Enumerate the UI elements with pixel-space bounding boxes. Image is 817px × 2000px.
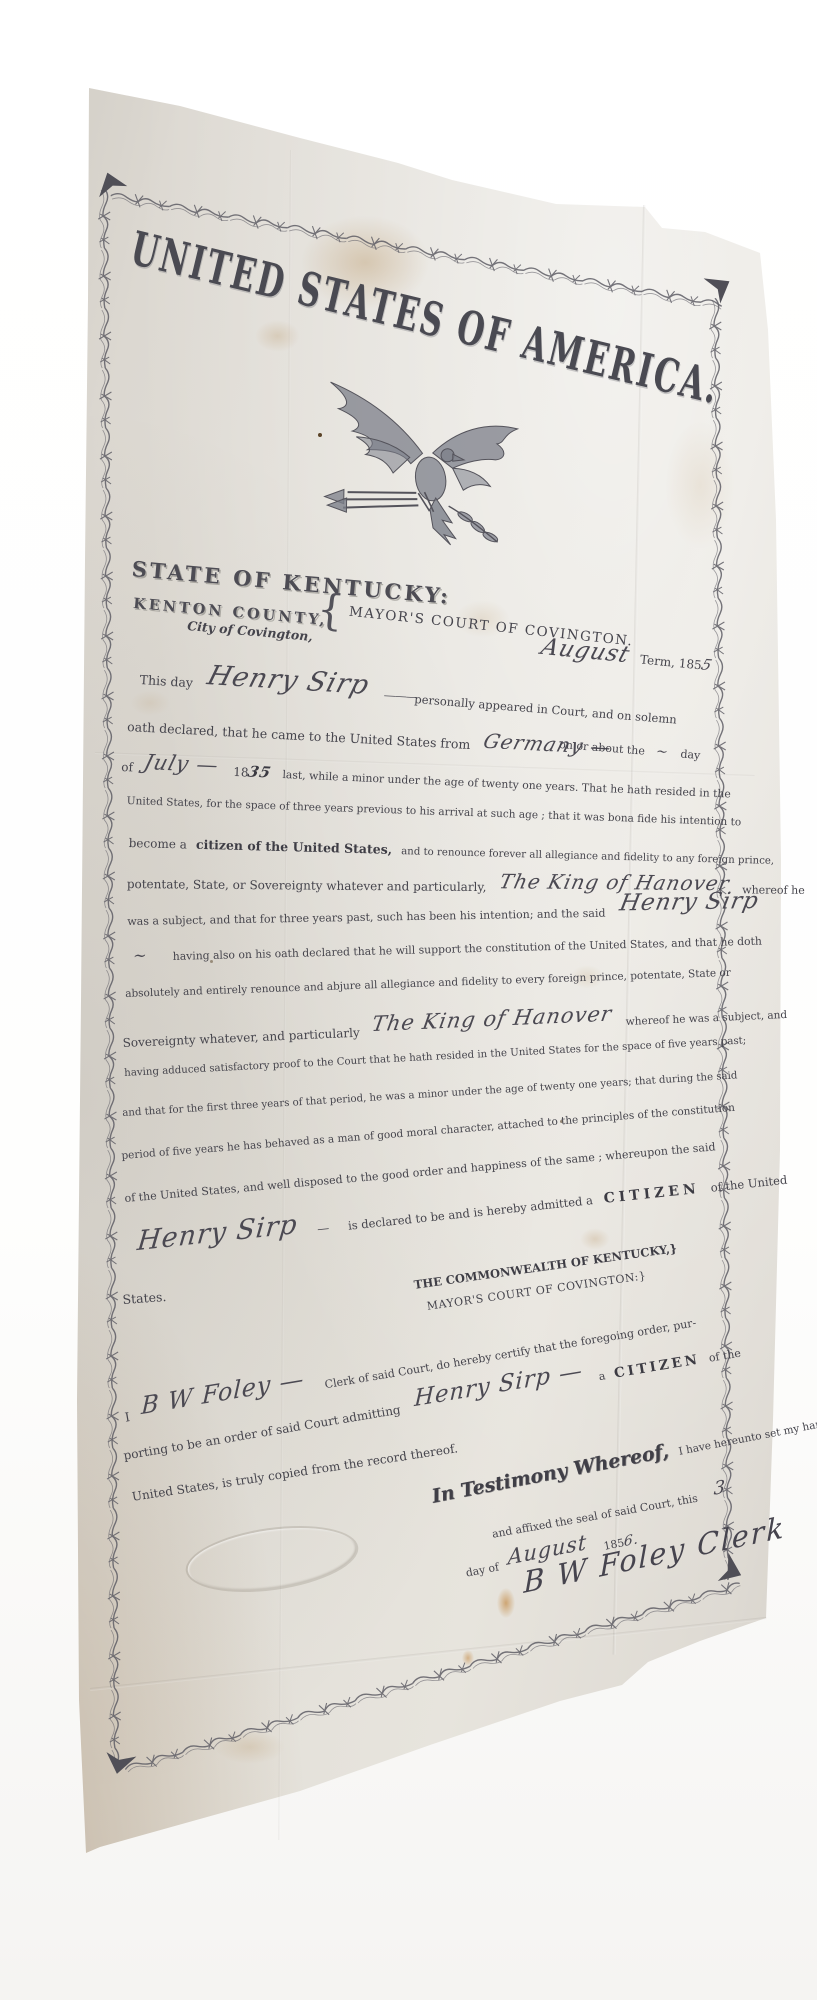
this-day-label: This day — [139, 672, 193, 690]
of-word: of — [121, 760, 133, 774]
about-dash-handwriting: ~ — [654, 744, 671, 761]
of-united-text: of the United — [710, 1173, 788, 1195]
become-text: become a — [129, 836, 188, 852]
dash2: — — [316, 1221, 329, 1236]
rule-dash: ——— — [383, 688, 417, 704]
of-the-text: of the — [708, 1347, 742, 1365]
squiggle-handwriting: ~ — [131, 946, 149, 965]
body-line-16: States. — [122, 1289, 167, 1307]
month-handwriting: July — — [141, 750, 221, 777]
brace-right: } — [638, 1269, 647, 1283]
potentate-text: potentate, State, or Sovereignty whateve… — [127, 877, 487, 894]
name2-handwriting: Henry Sirp — [618, 888, 762, 917]
eagle-icon — [294, 372, 530, 556]
photo-canvas: UNITED STATES OF AMERICA. — [0, 0, 817, 2000]
brace-glyph: { — [315, 584, 347, 636]
eagle-emblem — [294, 372, 531, 560]
term-label: Term, 185 — [639, 652, 702, 672]
day-word: day — [680, 748, 701, 763]
i-word: I — [124, 1409, 131, 1425]
day-number-handwriting: 3 — [713, 1476, 726, 1500]
states-word: States. — [122, 1289, 167, 1307]
year-handwriting: 35 — [246, 763, 273, 782]
a-word: a — [598, 1369, 607, 1383]
